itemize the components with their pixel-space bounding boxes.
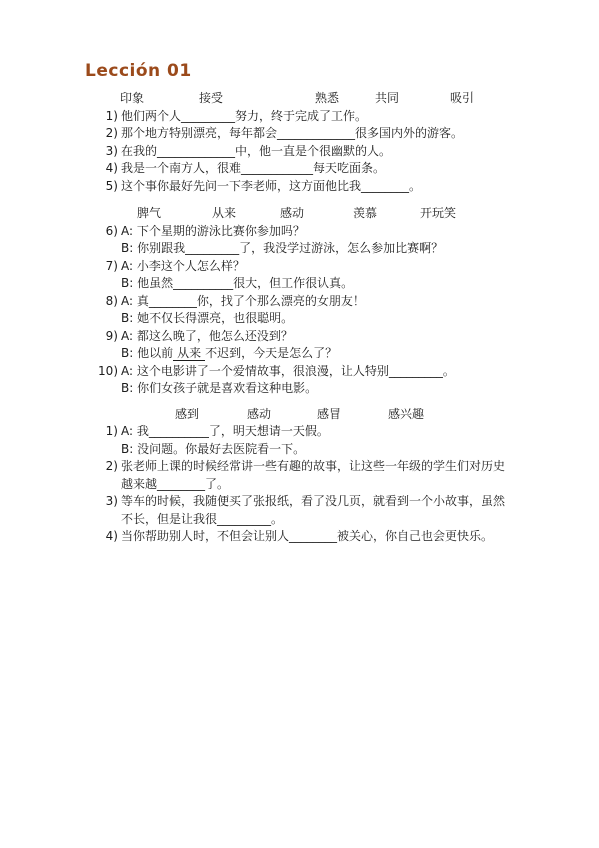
- item-number: 6): [85, 223, 121, 258]
- dialogue-line-a: A: 这个电影讲了一个爱情故事，很浪漫，让人特别_________。: [121, 363, 560, 381]
- exercise-item: 8) A: 真________你，找了个那么漂亮的女朋友！ B: 她不仅长得漂亮…: [85, 293, 560, 328]
- word-bank-word: 共同: [375, 90, 399, 108]
- exercise-item: 5) 这个事你最好先问一下李老师，这方面他比我________。: [85, 178, 560, 196]
- exercise-item: 3) 在我的_____________中，他一直是个很幽默的人。: [85, 143, 560, 161]
- word-bank-1: 印象 接受 熟悉 共同 吸引: [85, 90, 560, 108]
- word-bank-word: 开玩笑: [420, 205, 456, 223]
- item-number: 3): [85, 143, 121, 161]
- item-number: 1): [85, 108, 121, 126]
- word-bank-word: 感兴趣: [388, 406, 424, 424]
- item-number: 1): [85, 423, 121, 458]
- dialogue-line-a: A: 真________你，找了个那么漂亮的女朋友！: [121, 293, 560, 311]
- exercise-item: 4) 当你帮助别人时，不但会让别人________被关心，你自己也会更快乐。: [85, 528, 560, 546]
- dialogue-line-b: B: 没问题。你最好去医院看一下。: [121, 441, 560, 459]
- item-number: 7): [85, 258, 121, 293]
- item-number: 10): [85, 363, 121, 398]
- exercise-item: 2) 那个地方特别漂亮，每年都会_____________很多国内外的游客。: [85, 125, 560, 143]
- dialogue-line-b: B: 她不仅长得漂亮，也很聪明。: [121, 310, 560, 328]
- filled-answer: 从来: [173, 346, 205, 361]
- item-line: 他们两个人_________努力，终于完成了工作。: [121, 108, 560, 126]
- word-bank-word: 脾气: [137, 205, 161, 223]
- dialogue-line-a: A: 小李这个人怎么样？: [121, 258, 560, 276]
- word-bank-word: 从来: [212, 205, 236, 223]
- exercise-item: 1) A: 我__________了，明天想请一天假。 B: 没问题。你最好去医…: [85, 423, 560, 458]
- item-number: 2): [85, 125, 121, 143]
- item-line: 等车的时候，我随便买了张报纸，看了没几页，就看到一个小故事，虽然: [121, 493, 560, 511]
- word-bank-word: 吸引: [450, 90, 474, 108]
- answer-pre-text: B: 他以前: [121, 346, 173, 360]
- word-bank-2: 脾气 从来 感动 羡慕 开玩笑: [85, 205, 560, 223]
- item-number: 3): [85, 493, 121, 528]
- word-bank-word: 感冒: [317, 406, 341, 424]
- word-bank-3: 感到 感动 感冒 感兴趣: [85, 406, 560, 424]
- word-bank-word: 熟悉: [315, 90, 339, 108]
- exercise-item: 6) A: 下个星期的游泳比赛你参加吗？ B: 你别跟我_________了，我…: [85, 223, 560, 258]
- word-bank-word: 印象: [120, 90, 144, 108]
- exercise-item: 4) 我是一个南方人，很难____________每天吃面条。: [85, 160, 560, 178]
- exercise-item: 3) 等车的时候，我随便买了张报纸，看了没几页，就看到一个小故事，虽然 不长，但…: [85, 493, 560, 528]
- exercise-item: 2) 张老师上课的时候经常讲一些有趣的故事，让这些一年级的学生们对历史 越来越_…: [85, 458, 560, 493]
- item-line: 这个事你最好先问一下李老师，这方面他比我________。: [121, 178, 560, 196]
- dialogue-line-b: B: 你们女孩子就是喜欢看这种电影。: [121, 380, 560, 398]
- worksheet-page: Lección 01 印象 接受 熟悉 共同 吸引 1) 他们两个人______…: [85, 62, 560, 546]
- item-line: 那个地方特别漂亮，每年都会_____________很多国内外的游客。: [121, 125, 560, 143]
- item-number: 9): [85, 328, 121, 363]
- item-number: 4): [85, 528, 121, 546]
- answer-post-text: 不迟到，今天是怎么了？: [205, 346, 337, 360]
- dialogue-line-a: A: 都这么晚了，他怎么还没到？: [121, 328, 560, 346]
- dialogue-line-b: B: 他虽然__________很大，但工作很认真。: [121, 275, 560, 293]
- item-number: 4): [85, 160, 121, 178]
- item-line: 越来越________了。: [121, 476, 560, 494]
- item-number: 5): [85, 178, 121, 196]
- dialogue-line-b: B: 他以前从来不迟到，今天是怎么了？: [121, 345, 560, 363]
- item-number: 2): [85, 458, 121, 493]
- word-bank-word: 感动: [247, 406, 271, 424]
- item-line: 我是一个南方人，很难____________每天吃面条。: [121, 160, 560, 178]
- exercise-item: 7) A: 小李这个人怎么样？ B: 他虽然__________很大，但工作很认…: [85, 258, 560, 293]
- lesson-title: Lección 01: [85, 62, 560, 80]
- dialogue-line-a: A: 我__________了，明天想请一天假。: [121, 423, 560, 441]
- word-bank-word: 感到: [175, 406, 199, 424]
- item-line: 在我的_____________中，他一直是个很幽默的人。: [121, 143, 560, 161]
- word-bank-word: 羡慕: [353, 205, 377, 223]
- word-bank-word: 感动: [280, 205, 304, 223]
- dialogue-line-a: A: 下个星期的游泳比赛你参加吗？: [121, 223, 560, 241]
- exercise-item: 9) A: 都这么晚了，他怎么还没到？ B: 他以前从来不迟到，今天是怎么了？: [85, 328, 560, 363]
- item-line: 不长，但是让我很_________。: [121, 511, 560, 529]
- exercise-item: 10) A: 这个电影讲了一个爱情故事，很浪漫，让人特别_________。 B…: [85, 363, 560, 398]
- word-bank-word: 接受: [199, 90, 223, 108]
- item-number: 8): [85, 293, 121, 328]
- item-line: 张老师上课的时候经常讲一些有趣的故事，让这些一年级的学生们对历史: [121, 458, 560, 476]
- dialogue-line-b: B: 你别跟我_________了，我没学过游泳，怎么参加比赛啊？: [121, 240, 560, 258]
- exercise-item: 1) 他们两个人_________努力，终于完成了工作。: [85, 108, 560, 126]
- item-line: 当你帮助别人时，不但会让别人________被关心，你自己也会更快乐。: [121, 528, 560, 546]
